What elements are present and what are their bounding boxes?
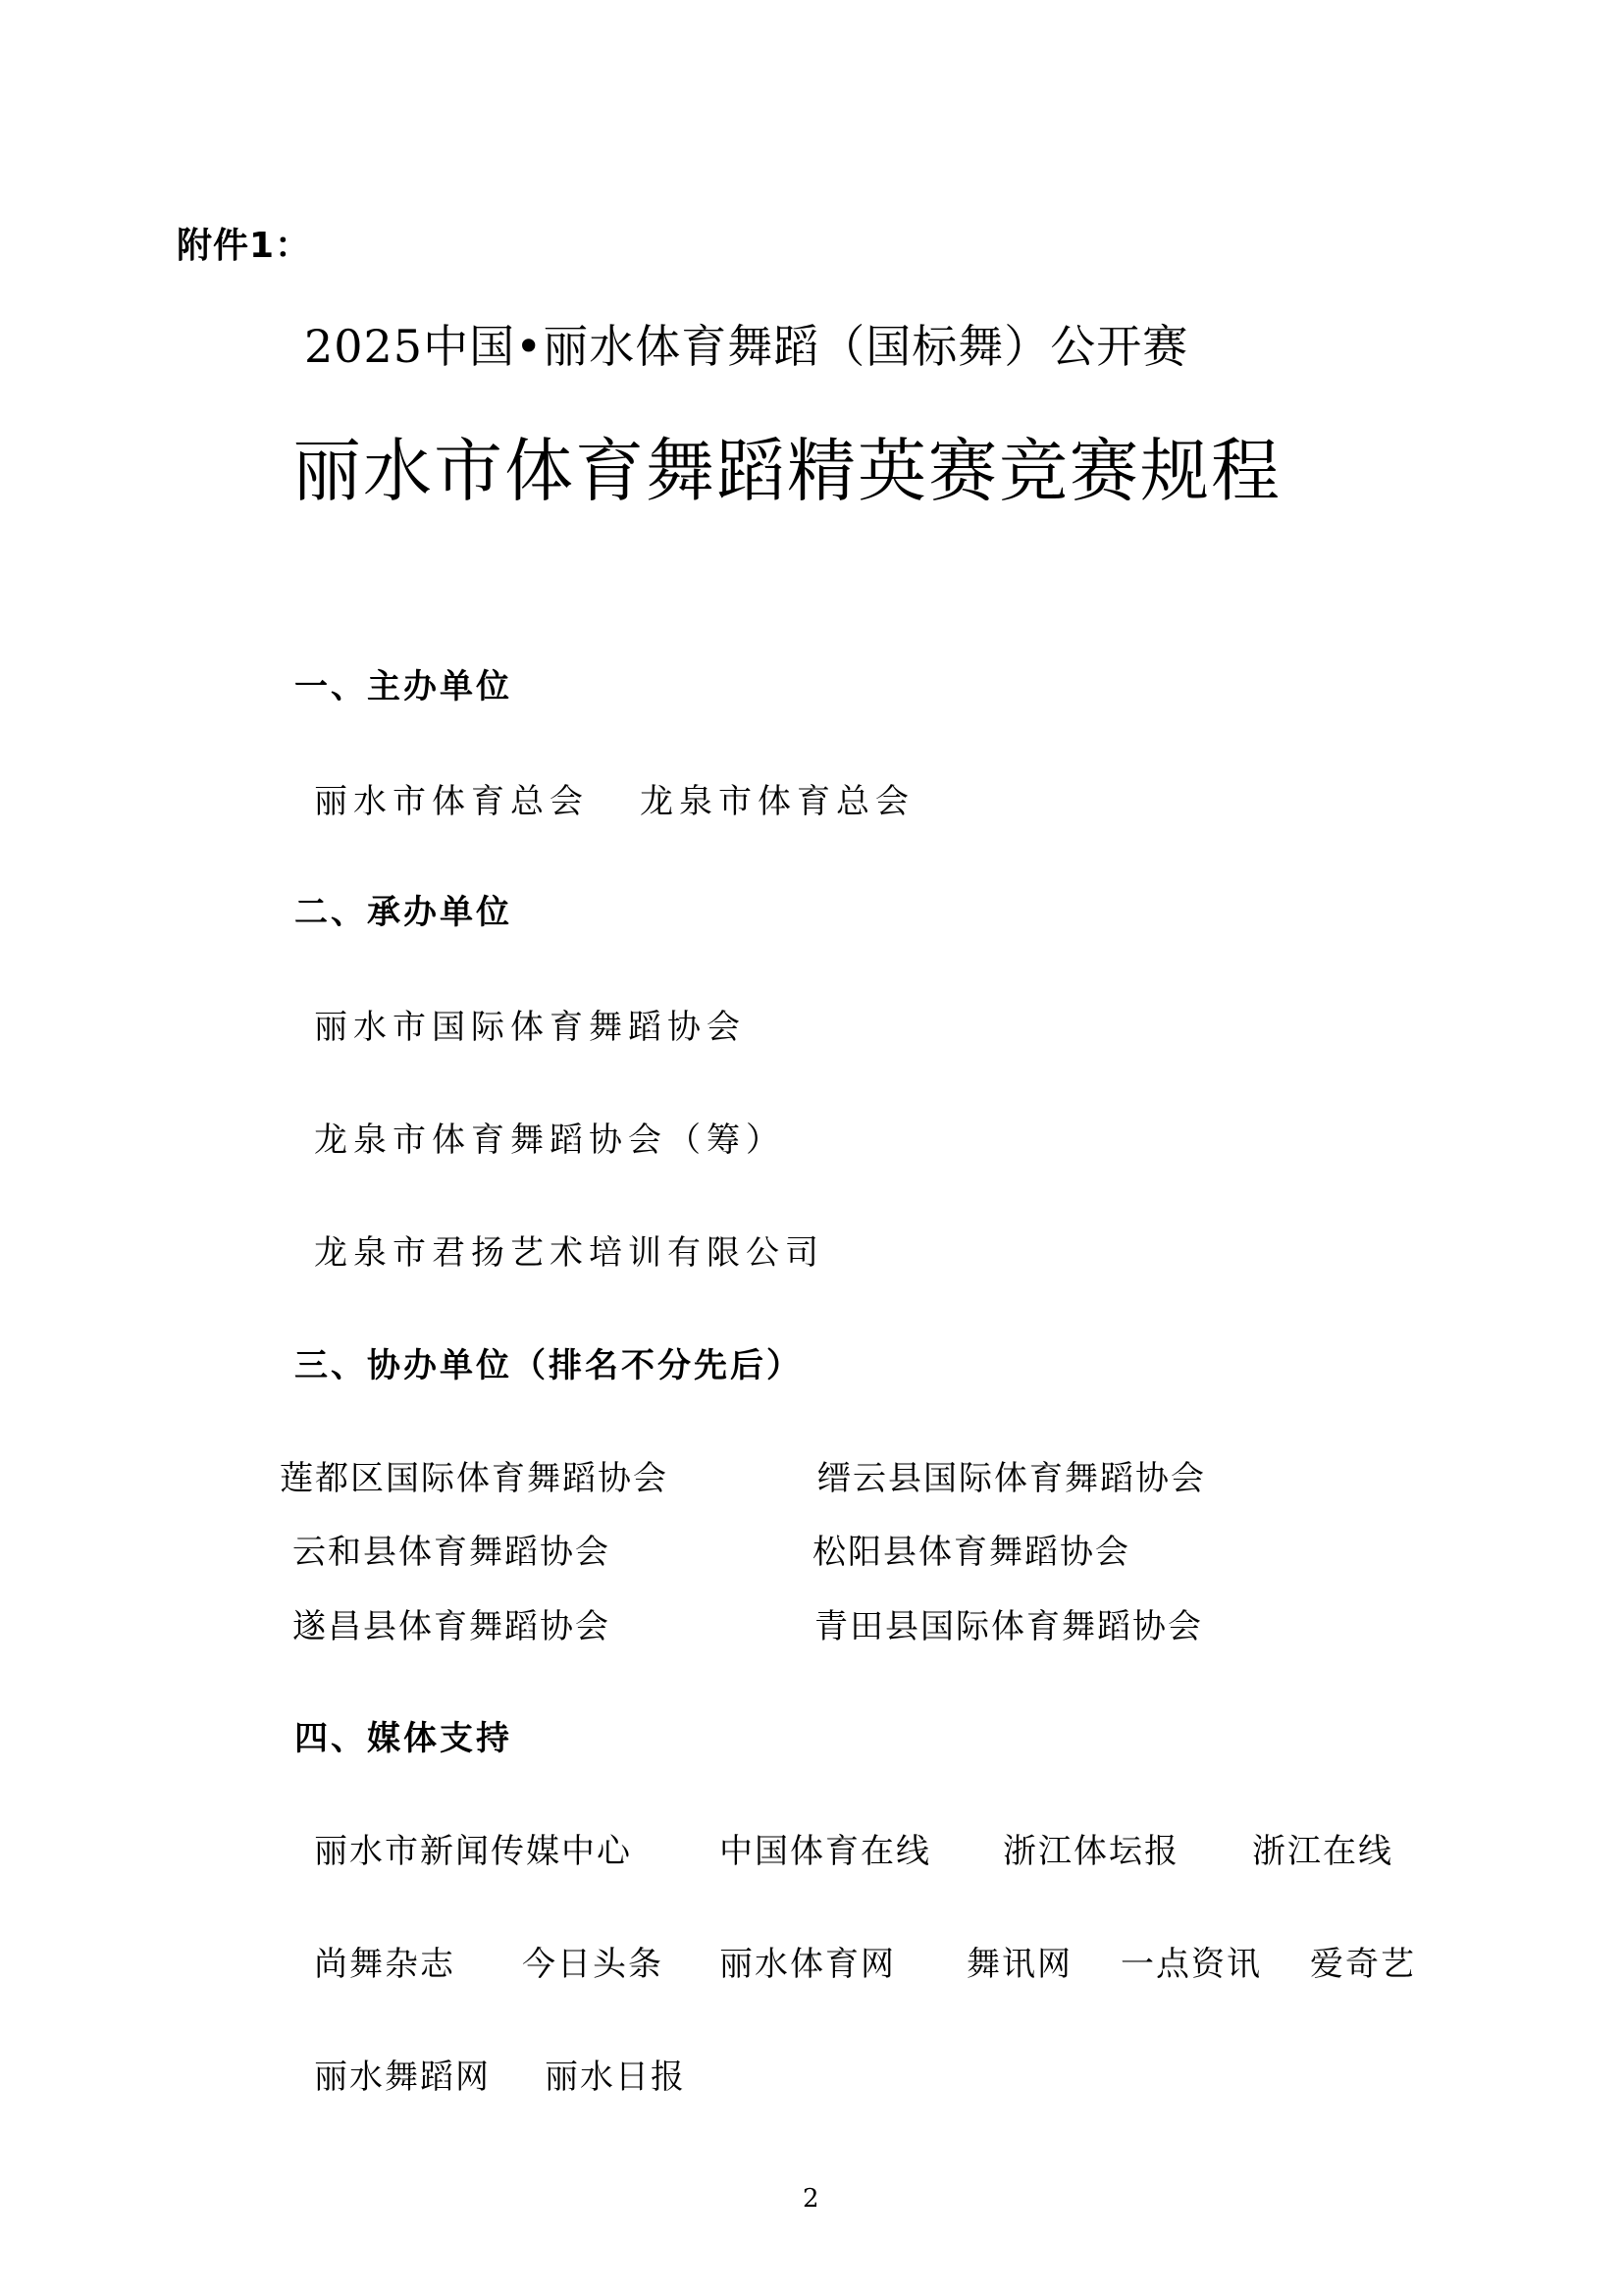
host-organization: 龙泉市体育总会 [640,785,915,818]
co-organizer: 莲都区国际体育舞蹈协会 [280,1462,668,1495]
page-number: 2 [803,2186,819,2212]
media-partner: 丽水日报 [545,2060,686,2094]
organizer: 龙泉市体育舞蹈协会（筹） [314,1123,785,1157]
organizer: 龙泉市君扬艺术培训有限公司 [314,1236,824,1270]
organizer: 丽水市国际体育舞蹈协会 [314,1011,746,1044]
co-organizer: 松阳县体育舞蹈协会 [812,1536,1130,1569]
media-partner: 一点资讯 [1121,1948,1262,1981]
section-heading-co-organizers: 三、协办单位（排名不分先后） [294,1349,803,1382]
media-partner: 丽水体育网 [719,1948,896,1981]
media-partner: 舞讯网 [967,1948,1073,1981]
media-partner: 中国体育在线 [719,1835,931,1868]
attachment-label: 附件1： [177,229,311,264]
media-partner: 今日头条 [522,1948,663,1981]
media-partner: 浙江在线 [1252,1835,1393,1868]
section-heading-media: 四、媒体支持 [294,1722,512,1755]
event-subtitle: 2025中国•丽水体育舞蹈（国标舞）公开赛 [304,324,1188,369]
media-partner: 丽水市新闻传媒中心 [314,1835,632,1868]
media-partner: 尚舞杂志 [314,1948,455,1981]
media-partner: 爱奇艺 [1310,1948,1416,1981]
media-partner: 浙江体坛报 [1003,1835,1179,1868]
co-organizer: 云和县体育舞蹈协会 [292,1536,610,1569]
media-partner: 丽水舞蹈网 [314,2060,491,2094]
document-title: 丽水市体育舞蹈精英赛竞赛规程 [292,437,1282,505]
host-organization: 丽水市体育总会 [314,785,589,818]
section-heading-organizers: 二、承办单位 [294,896,512,929]
co-organizer: 青田县国际体育舞蹈协会 [814,1610,1203,1643]
co-organizer: 缙云县国际体育舞蹈协会 [817,1462,1206,1495]
co-organizer: 遂昌县体育舞蹈协会 [292,1610,610,1643]
section-heading-hosts: 一、主办单位 [294,670,512,704]
